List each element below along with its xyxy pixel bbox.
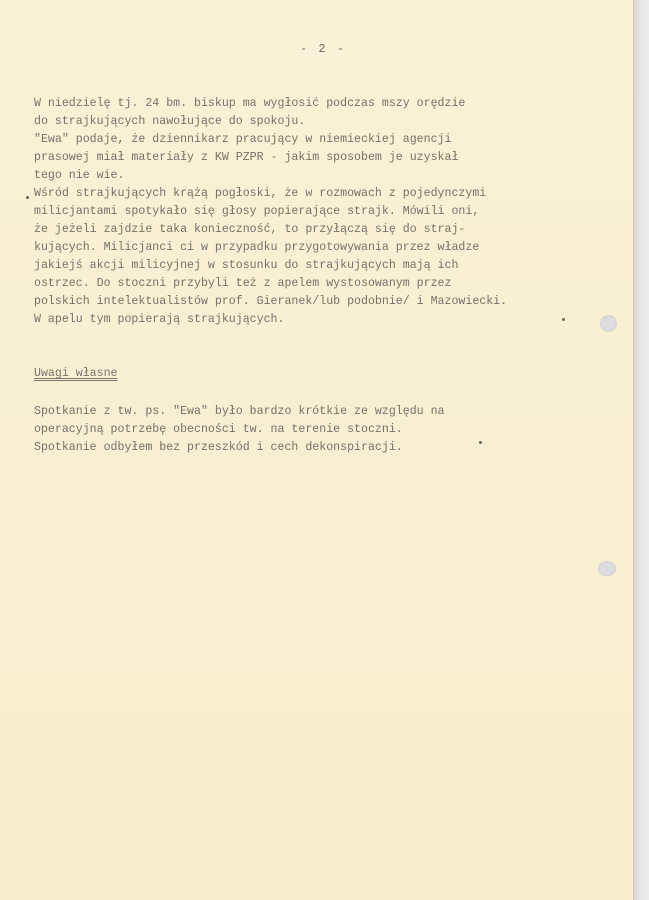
page-number: - 2 - [300, 42, 346, 56]
text-line: prasowej miał materiały z KW PZPR - jaki… [34, 151, 458, 164]
text-line: polskich intelektualistów prof. Gieranek… [34, 295, 507, 308]
text-line: do strajkujących nawołujące do spokoju. [34, 115, 305, 128]
section-heading: Uwagi własne [34, 367, 118, 380]
ink-speck [26, 196, 29, 199]
punch-hole [600, 315, 617, 332]
ink-speck [479, 441, 482, 444]
text-line: operacyjną potrzebę obecności tw. na ter… [34, 423, 403, 436]
ink-speck [562, 318, 565, 321]
text-line: tego nie wie. [34, 169, 124, 182]
text-line: ostrzec. Do stoczni przybyli też z apele… [34, 277, 451, 290]
text-line: Wśród strajkujących krążą pogłoski, że w… [34, 187, 486, 200]
text-line: Spotkanie odbyłem bez przeszkód i cech d… [34, 441, 403, 454]
text-line: kujących. Milicjanci ci w przypadku przy… [34, 241, 479, 254]
text-line: Spotkanie z tw. ps. "Ewa" było bardzo kr… [34, 405, 445, 418]
text-line: milicjantami spotykało się głosy popiera… [34, 205, 479, 218]
text-line: że jeżeli zajdzie taka konieczność, to p… [34, 223, 465, 236]
document-page: - 2 - W niedzielę tj. 24 bm. biskup ma w… [0, 0, 633, 900]
text-line: W niedzielę tj. 24 bm. biskup ma wygłosi… [34, 97, 465, 110]
punch-hole [598, 561, 616, 576]
page-edge [633, 0, 649, 900]
text-line: jakiejś akcji milicyjnej w stosunku do s… [34, 259, 458, 272]
text-line: "Ewa" podaje, że dziennikarz pracujący w… [34, 133, 451, 146]
text-line: W apelu tym popierają strajkujących. [34, 313, 284, 326]
